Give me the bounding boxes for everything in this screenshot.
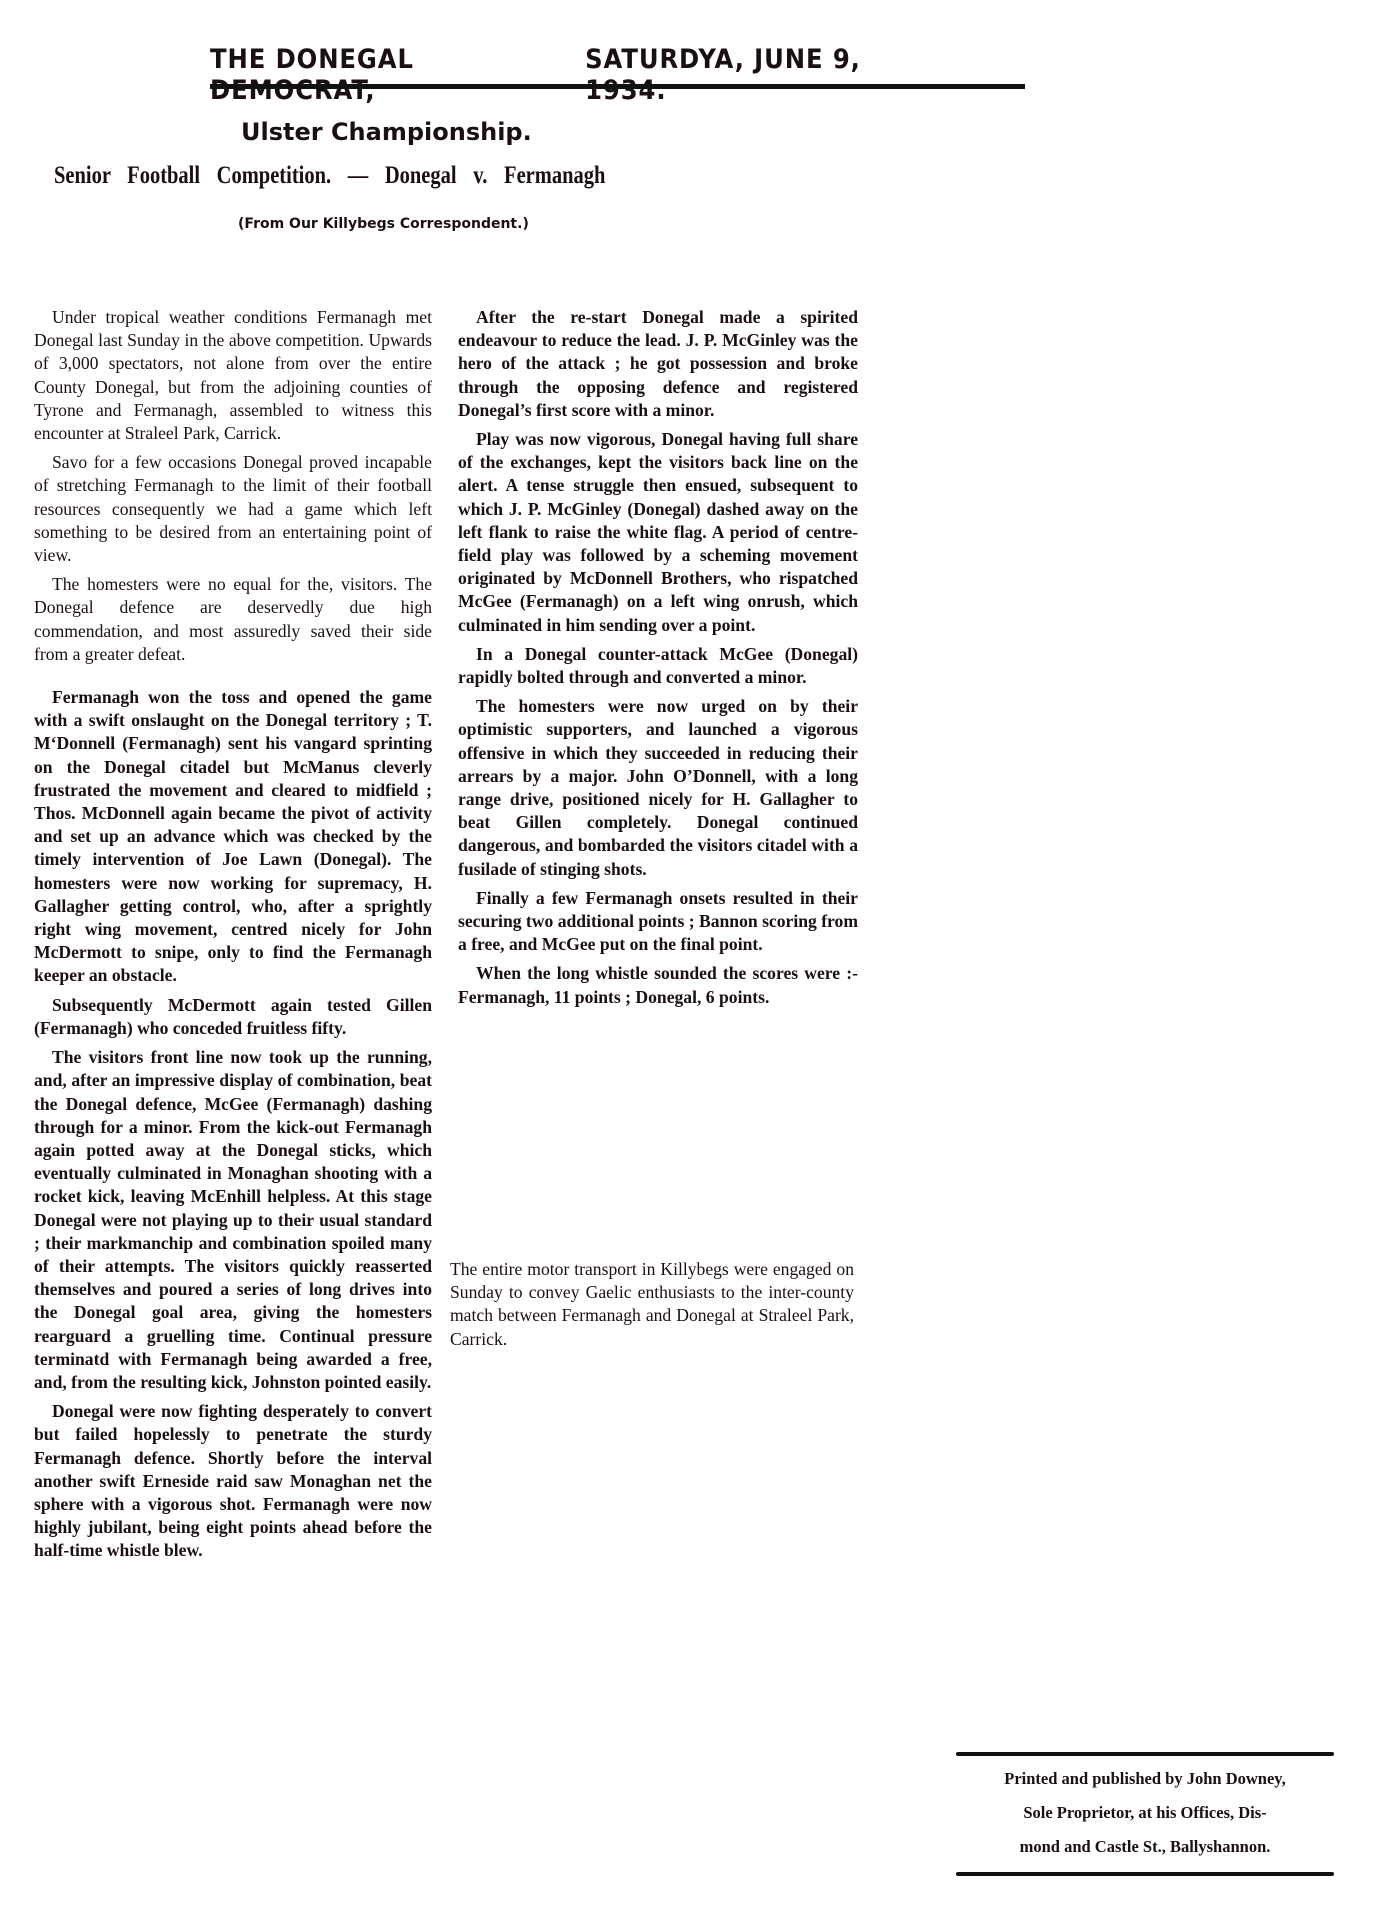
paragraph: In a Donegal counter-attack McGee (Doneg…: [458, 643, 858, 689]
masthead-rule: [210, 84, 1025, 89]
note-text: The entire motor transport in Killybegs …: [450, 1258, 854, 1351]
left-column: Under tropical weather conditions Ferman…: [34, 306, 432, 1569]
masthead: THE DONEGAL DEMOCRAT, SATURDYA, JUNE 9, …: [210, 44, 948, 106]
paragraph: Subsequently McDermott again tested Gill…: [34, 994, 432, 1040]
paragraph: After the re-start Donegal made a spirit…: [458, 306, 858, 422]
right-column: After the re-start Donegal made a spirit…: [458, 306, 858, 1015]
imprint-bottom-rule: [956, 1872, 1334, 1876]
article-subhead: Senior Football Competition. — Donegal v…: [54, 162, 605, 190]
paragraph: Under tropical weather conditions Ferman…: [34, 306, 432, 445]
imprint-line: mond and Castle St., Ballyshannon.: [950, 1830, 1340, 1864]
issue-date: SATURDYA, JUNE 9, 1934.: [585, 44, 948, 106]
paragraph: When the long whistle sounded the scores…: [458, 962, 858, 1008]
paragraph: The visitors front line now took up the …: [34, 1046, 432, 1394]
paragraph: Play was now vigorous, Donegal having fu…: [458, 428, 858, 637]
imprint-top-rule: [956, 1752, 1334, 1756]
article-headline: Ulster Championship.: [241, 118, 532, 146]
transport-note: The entire motor transport in Killybegs …: [450, 1258, 854, 1351]
article-byline: (From Our Killybegs Correspondent.): [238, 216, 529, 232]
imprint-line: Printed and published by John Downey,: [950, 1762, 1340, 1796]
paragraph: Donegal were now fighting desperately to…: [34, 1400, 432, 1562]
paragraph: Finally a few Fermanagh onsets resulted …: [458, 887, 858, 957]
imprint-box: Printed and published by John Downey, So…: [950, 1752, 1340, 1876]
imprint-line: Sole Proprietor, at his Offices, Dis-: [950, 1796, 1340, 1830]
paragraph: The homesters were now urged on by their…: [458, 695, 858, 881]
paragraph: The homesters were no equal for the, vis…: [34, 573, 432, 666]
paragraph: Fermanagh won the toss and opened the ga…: [34, 686, 432, 988]
paragraph: Savo for a few occasions Donegal proved …: [34, 451, 432, 567]
paper-name: THE DONEGAL DEMOCRAT,: [210, 44, 585, 106]
